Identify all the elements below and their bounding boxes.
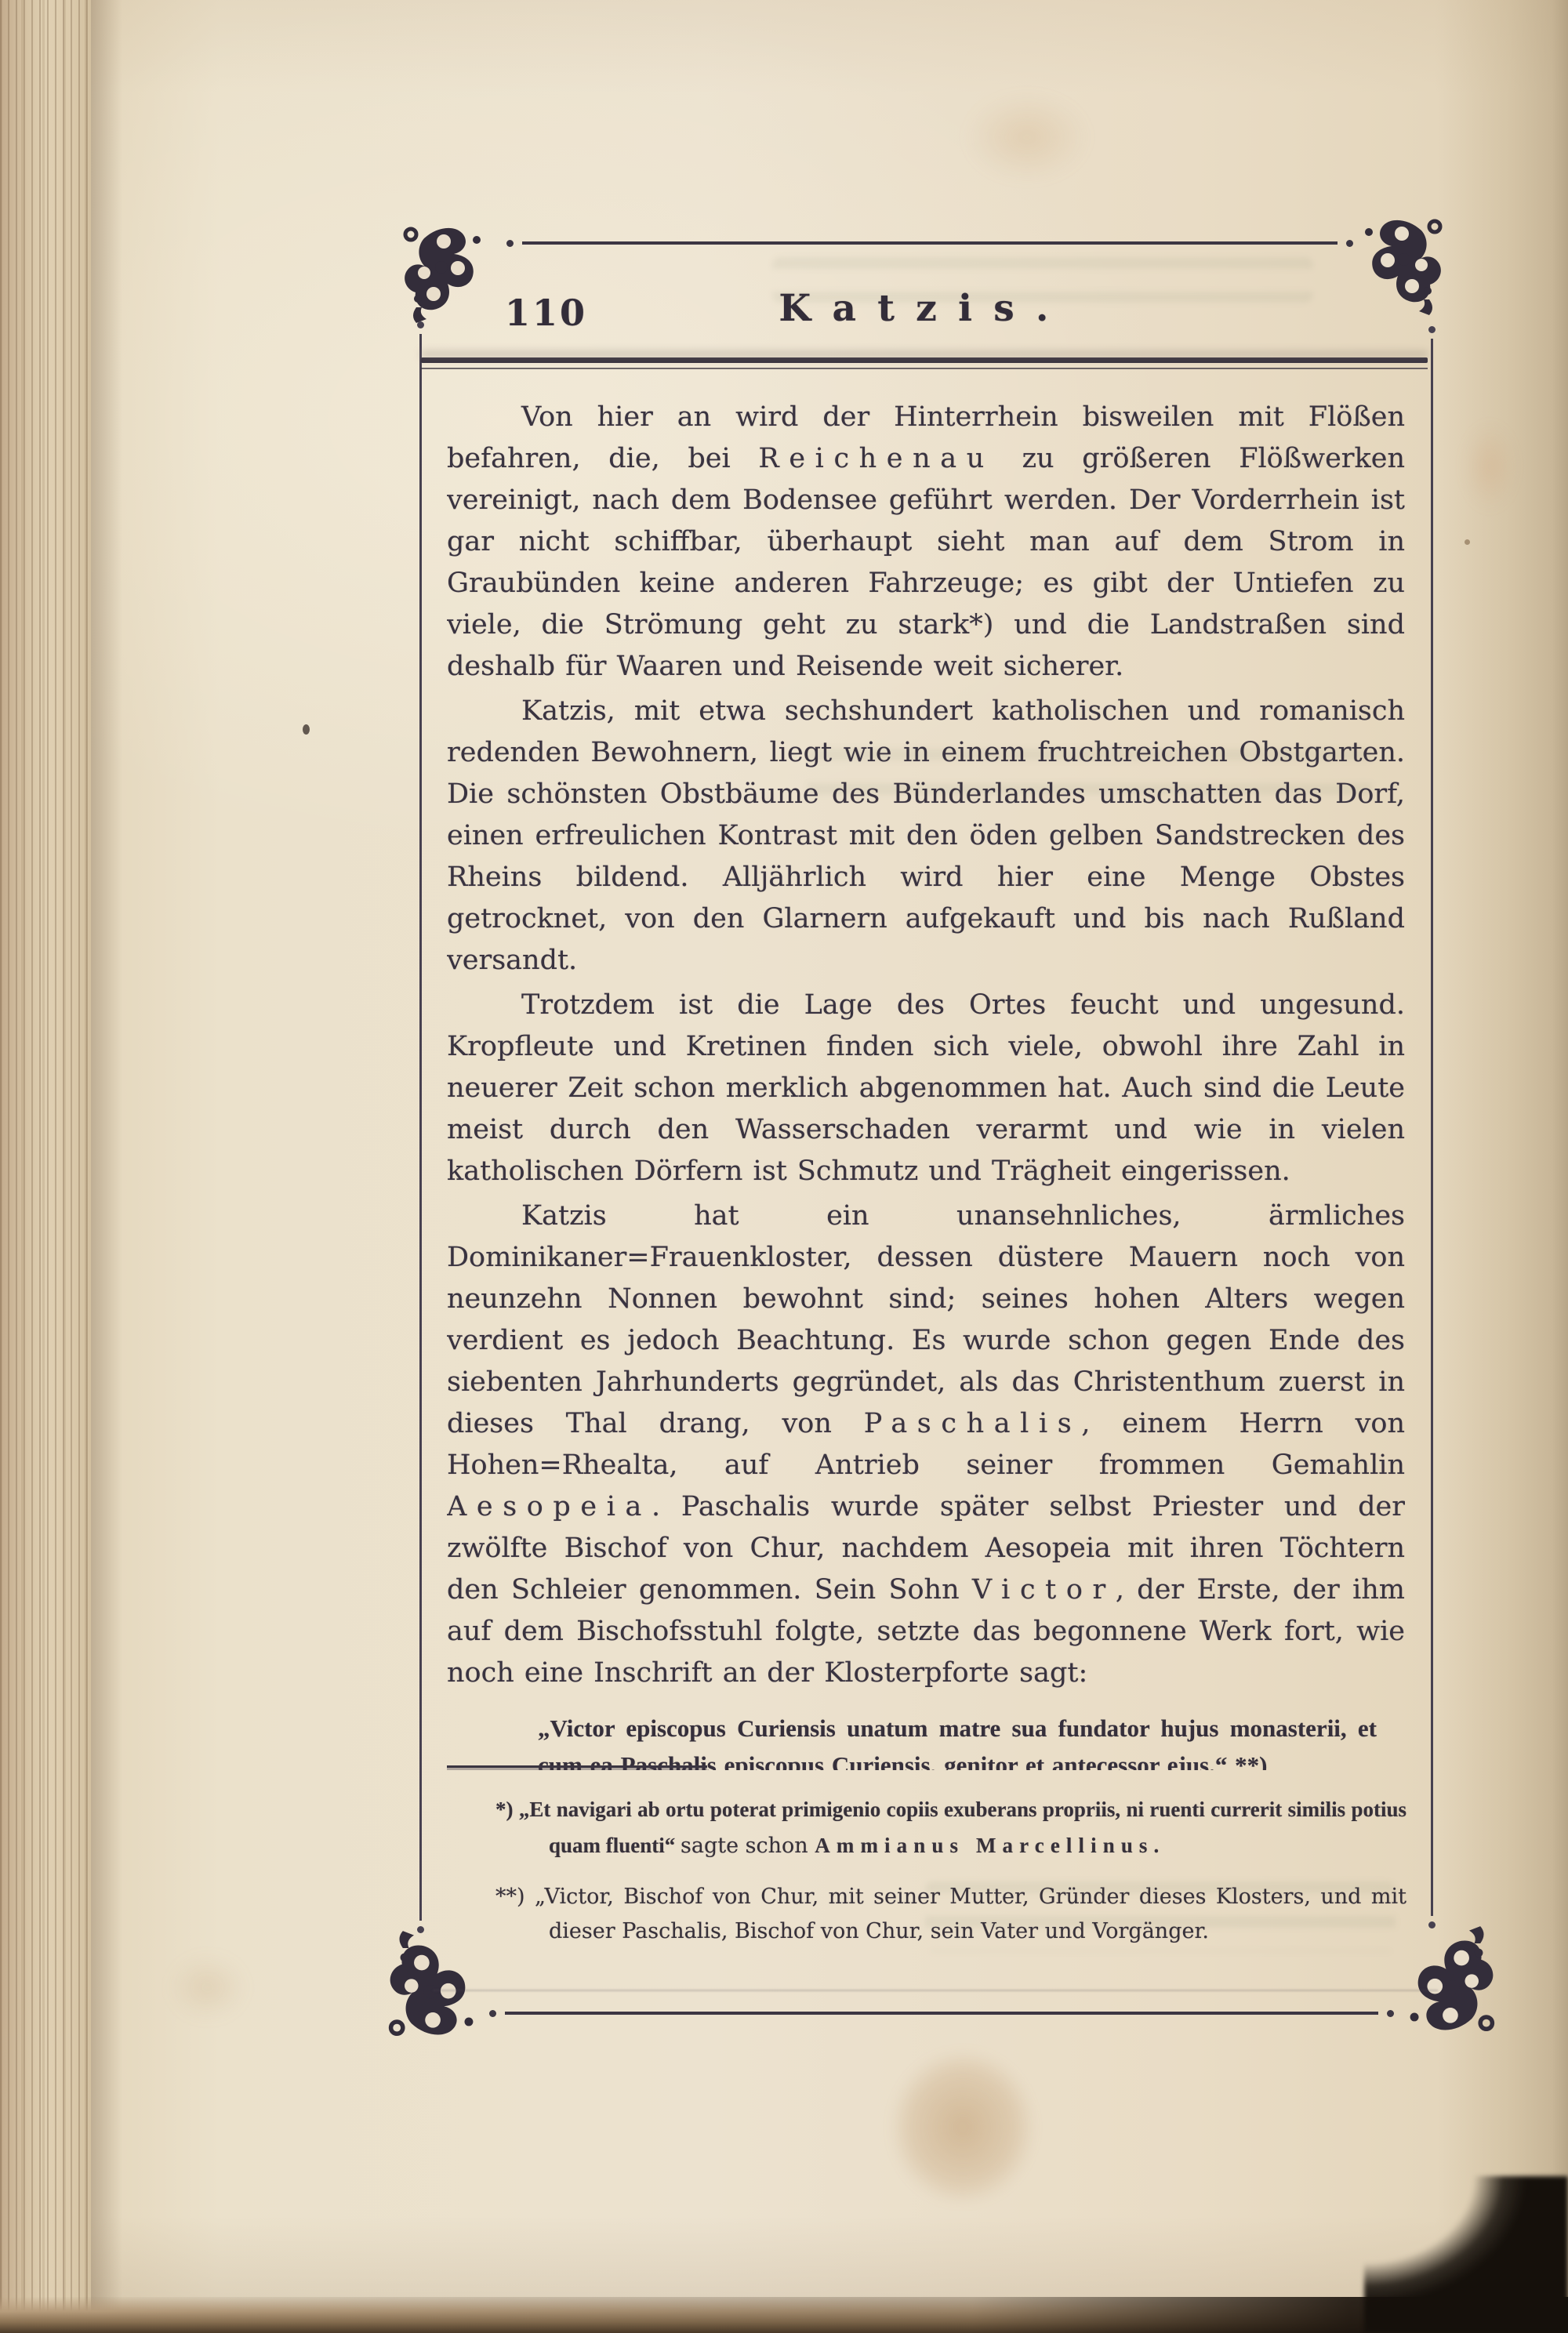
text-segment: sagte schon xyxy=(681,1834,815,1858)
ink-stain xyxy=(869,2027,1057,2227)
text-segment: Ammianus Marcellinus xyxy=(815,1834,1153,1857)
foxing-spot xyxy=(1454,408,1525,525)
text-segment: „Victor episcopus Curiensis unatum matre… xyxy=(538,1714,1377,1770)
paragraph: Von hier an wird der Hinterrhein bisweil… xyxy=(447,397,1405,688)
paragraph: Katzis, mit etwa sechshundert katholisch… xyxy=(447,691,1405,981)
text-segment: zu größeren Flößwerken vereinigt, nach d… xyxy=(447,443,1405,682)
text-segment: **) „Victor, Bischof von Chur, mit seine… xyxy=(495,1885,1406,1943)
scanned-book-page: 110 Katzis. Von hier an wird der Hinterr… xyxy=(0,0,1568,2333)
book-page-edges xyxy=(0,0,91,2333)
text-segment: *) xyxy=(495,1798,519,1821)
footnote-block: *) „Et navigari ab ortu poterat primigen… xyxy=(447,1765,1406,1949)
header-rule-thin xyxy=(421,368,1428,369)
text-segment: Paschalis xyxy=(864,1408,1082,1439)
header-rule-shadow xyxy=(421,351,1428,357)
text-segment: . xyxy=(1154,1834,1160,1857)
text-segment: Aesopeia xyxy=(447,1491,652,1522)
paragraph: Trotzdem ist die Lage des Ortes feucht u… xyxy=(447,985,1405,1192)
gutter-shadow xyxy=(91,0,122,2333)
frame-top-rule xyxy=(522,241,1338,245)
ink-speck xyxy=(1465,539,1470,545)
footnote-second: **) „Victor, Bischof von Chur, mit seine… xyxy=(447,1880,1406,1949)
text-segment: Katzis, mit etwa sechshundert katholisch… xyxy=(447,695,1405,976)
text-segment: Victor xyxy=(972,1574,1116,1606)
book-bottom-edge xyxy=(0,2297,1568,2333)
foxing-spot xyxy=(945,78,1109,196)
ink-speck xyxy=(303,724,310,735)
footnote-first: *) „Et navigari ab ortu poterat primigen… xyxy=(447,1791,1406,1864)
frame-bottom-faint-rule xyxy=(433,1990,1438,1991)
header-rule-thick xyxy=(421,357,1428,363)
frame-bottom-rule xyxy=(505,2012,1378,2015)
running-title: Katzis. xyxy=(421,287,1428,330)
frame-left-rule xyxy=(419,334,422,1921)
foxing-spot xyxy=(157,1944,259,2030)
header-double-rule xyxy=(421,351,1428,369)
text-segment: Reichenau xyxy=(758,443,993,474)
scanner-background-corner xyxy=(1364,2176,1568,2333)
paragraph: Katzis hat ein unansehnliches, ärmliches… xyxy=(447,1196,1405,1694)
footnote-separator xyxy=(447,1765,707,1768)
latin-inscription-quote: „Victor episcopus Curiensis unatum matre… xyxy=(538,1710,1377,1770)
frame-right-rule xyxy=(1431,339,1433,1916)
body-text: Von hier an wird der Hinterrhein bisweil… xyxy=(447,397,1405,1770)
text-segment: Trotzdem ist die Lage des Ortes feucht u… xyxy=(447,989,1405,1187)
text-segment: Katzis hat ein unansehnliches, ärmliches… xyxy=(447,1200,1405,1439)
